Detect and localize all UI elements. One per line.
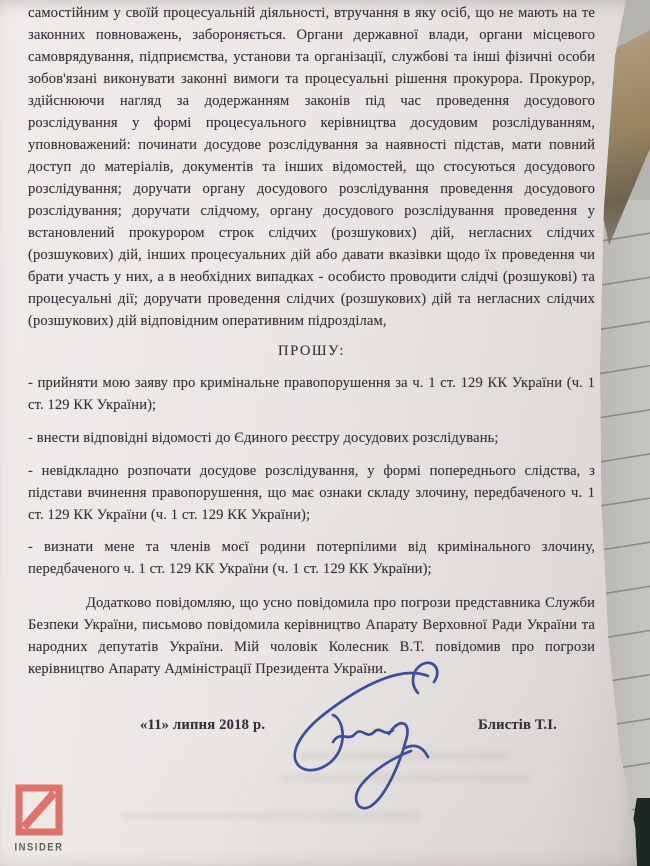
request-item-4: - визнати мене та членів моєї родини пот… (28, 536, 595, 580)
document-photo: самостійним у своїй процесуальній діяльн… (0, 0, 650, 866)
request-item-2: - внести відповідні відомості до Єдиного… (28, 427, 595, 449)
petition-heading: ПРОШУ: (28, 340, 595, 362)
request-item-3: - невідкладно розпочати досудове розслід… (28, 460, 595, 526)
document-body: самостійним у своїй процесуальній діяльн… (28, 2, 595, 736)
request-item-1: - прийняти мою заяву про кримінальне пра… (28, 372, 595, 416)
insider-brand-text: INSIDER (10, 841, 68, 854)
opening-paragraph: самостійним у своїй процесуальній діяльн… (28, 2, 595, 332)
signatory-name: Блистів Т.І. (478, 714, 557, 736)
insider-slash-square-logo-icon (15, 784, 63, 836)
handwritten-signature (283, 650, 458, 825)
document-page: самостійним у своїй процесуальній діяльн… (0, 0, 650, 866)
document-date: «11» липня 2018 р. (28, 714, 265, 736)
insider-watermark: INSIDER (10, 784, 68, 853)
